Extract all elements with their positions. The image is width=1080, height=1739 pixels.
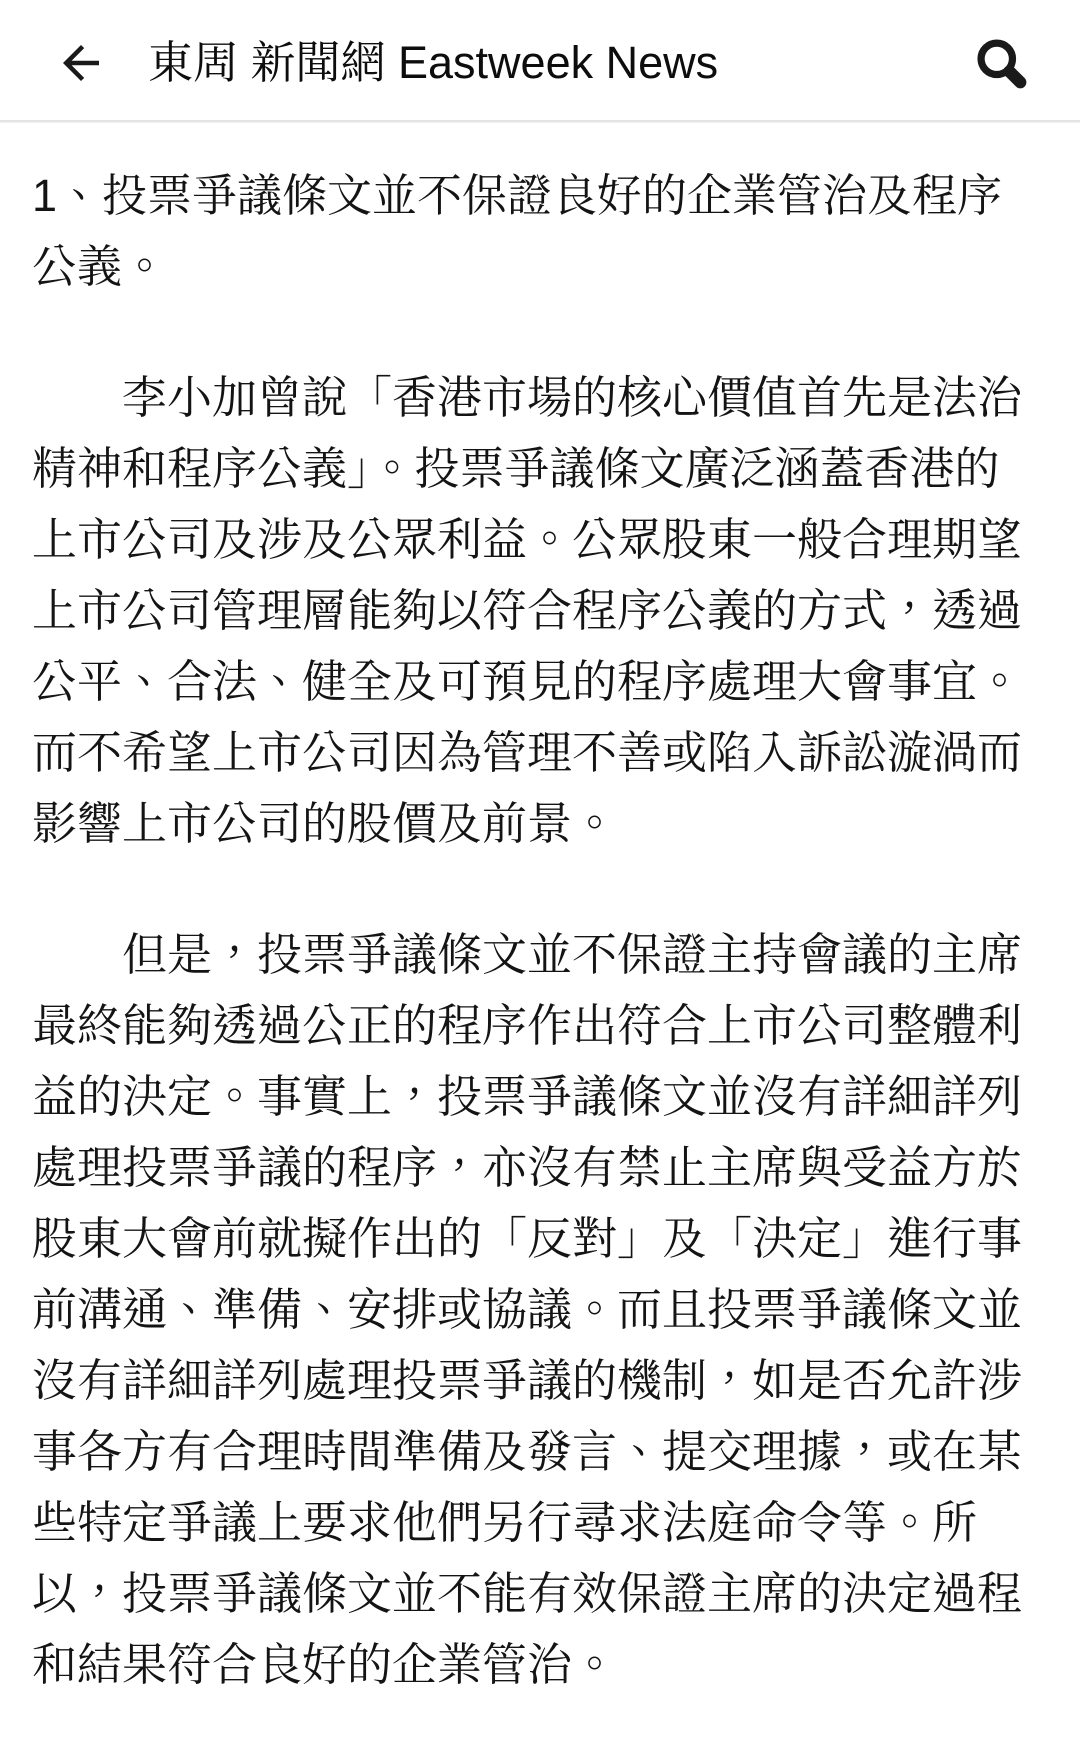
news-article-screen: 東周 新聞網 Eastweek News 1、投票爭議條文並不保證良好的企業管治… — [0, 0, 1080, 1739]
page-title: 東周 新聞網 Eastweek News — [148, 36, 972, 90]
back-button[interactable] — [54, 36, 108, 90]
search-button[interactable] — [972, 34, 1030, 92]
search-icon — [972, 34, 1030, 92]
article-paragraph: 1、投票爭議條文並不保證良好的企業管治及程序公義。 — [32, 160, 1022, 302]
article-paragraph: 李小加曾說「香港市場的核心價值首先是法治精神和程序公義」。投票爭議條文廣泛涵蓋香… — [32, 362, 1022, 859]
article-paragraph: 但是，投票爭議條文並不保證主持會議的主席最終能夠透過公正的程序作出符合上市公司整… — [32, 919, 1022, 1700]
app-header: 東周 新聞網 Eastweek News — [0, 0, 1080, 122]
arrow-left-icon — [54, 36, 108, 90]
article-body: 1、投票爭議條文並不保證良好的企業管治及程序公義。李小加曾說「香港市場的核心價值… — [0, 122, 1080, 1700]
